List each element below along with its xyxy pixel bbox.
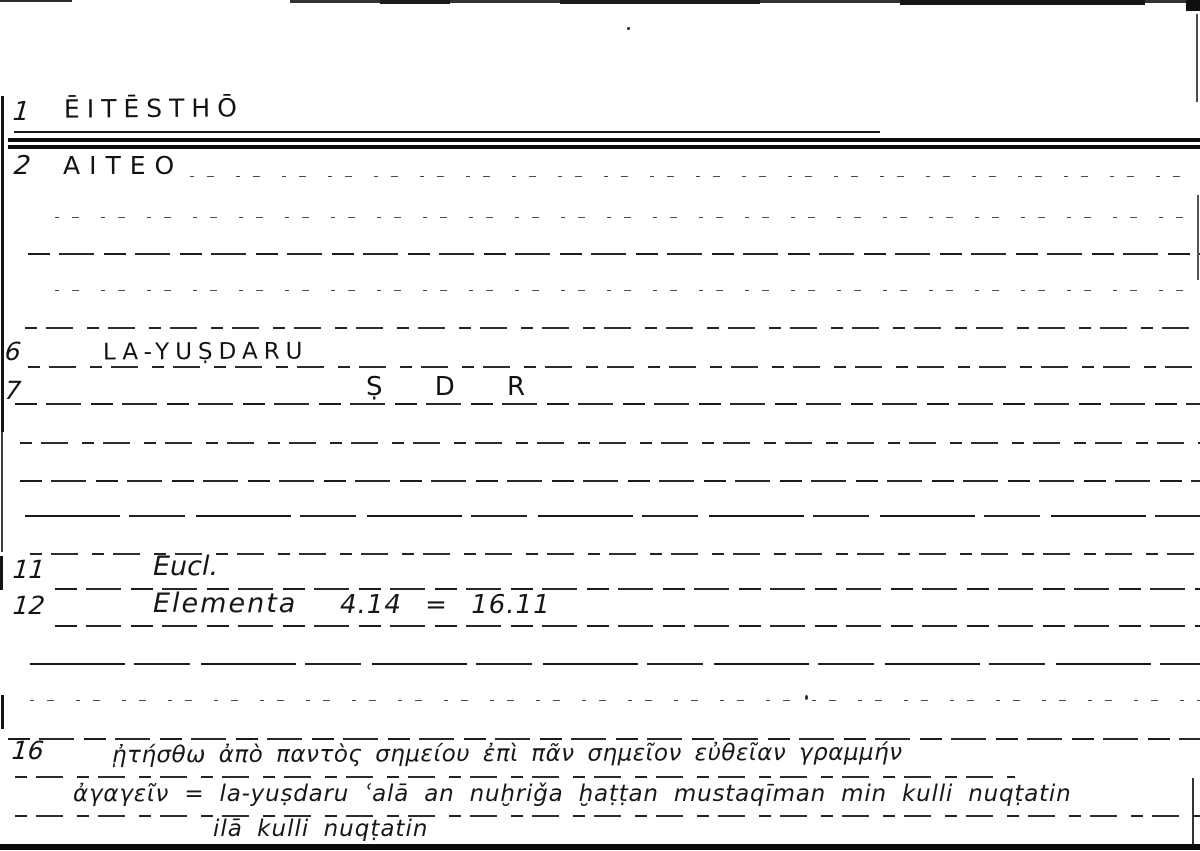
page-left-edge <box>0 556 3 590</box>
quotation-greek: ᾐτήσθω ἀπὸ παντὸς σημείου ἐπὶ πᾶν σημεῖο… <box>112 740 903 769</box>
quotation-greek-arabic-equation: ἀγαγεῖν = la-yuṣdaru ʿalā an nuḫriǧa ḫaṭ… <box>73 781 1071 807</box>
line-number-7: 7 <box>4 376 22 405</box>
double-rule-upper <box>8 138 1200 142</box>
ruled-line <box>15 776 1015 778</box>
page-left-edge <box>1 432 3 552</box>
ruled-line <box>28 253 1200 255</box>
page-top-edge <box>380 0 450 4</box>
ruled-line <box>28 366 1200 368</box>
scanned-notebook-page: 1 2 6 7 11 12 16 ĒITĒSTHŌ AITEO LA-YUṢDA… <box>0 0 1200 851</box>
ruled-line <box>25 515 1200 517</box>
ruled-line <box>20 442 1200 444</box>
page-top-edge <box>0 0 72 2</box>
ruled-line <box>55 217 1200 218</box>
page-right-edge <box>1192 778 1194 848</box>
page-right-edge <box>1197 195 1199 280</box>
ink-speck <box>627 27 630 30</box>
ruled-line <box>14 131 880 133</box>
entry-passage-reference: 4.14 = 16.11 <box>340 590 551 620</box>
page-left-edge <box>1 695 4 729</box>
entry-arabic-root: Ṣ D R <box>366 372 541 402</box>
page-corner-mark <box>1186 0 1200 11</box>
double-rule-lower <box>8 145 1200 149</box>
ruled-line <box>30 663 1200 665</box>
ruled-line <box>20 480 1200 482</box>
ruled-line <box>25 327 1200 329</box>
page-right-edge <box>1196 14 1198 102</box>
ruled-line <box>55 290 1200 291</box>
ink-speck <box>805 695 808 700</box>
quotation-arabic-continuation: ilā kulli nuqṭatin <box>213 816 428 842</box>
page-top-edge <box>900 0 1145 5</box>
ruled-line <box>190 176 1200 177</box>
page-bottom-border <box>0 844 1200 850</box>
entry-greek-lemma-transliterated: ĒITĒSTHŌ <box>64 93 244 123</box>
line-number-1: 1 <box>12 97 31 127</box>
ruled-line <box>30 700 1200 701</box>
page-left-edge <box>1 96 4 432</box>
entry-arabic-lemma-transliterated: LA-YUṢDARU <box>103 338 309 365</box>
ruled-line <box>15 815 1200 817</box>
line-number-6: 6 <box>4 337 22 366</box>
line-number-12: 12 <box>12 591 46 620</box>
entry-greek-verb-transliterated: AITEO <box>63 151 183 180</box>
page-top-edge <box>560 0 760 4</box>
ruled-line <box>15 403 1200 405</box>
line-number-16: 16 <box>11 736 45 765</box>
entry-author-abbrev: Eucl. <box>153 551 218 582</box>
ruled-line <box>55 625 1200 627</box>
line-number-11: 11 <box>12 555 46 584</box>
line-number-2: 2 <box>13 151 32 181</box>
entry-work-title: Elementa <box>153 588 297 619</box>
